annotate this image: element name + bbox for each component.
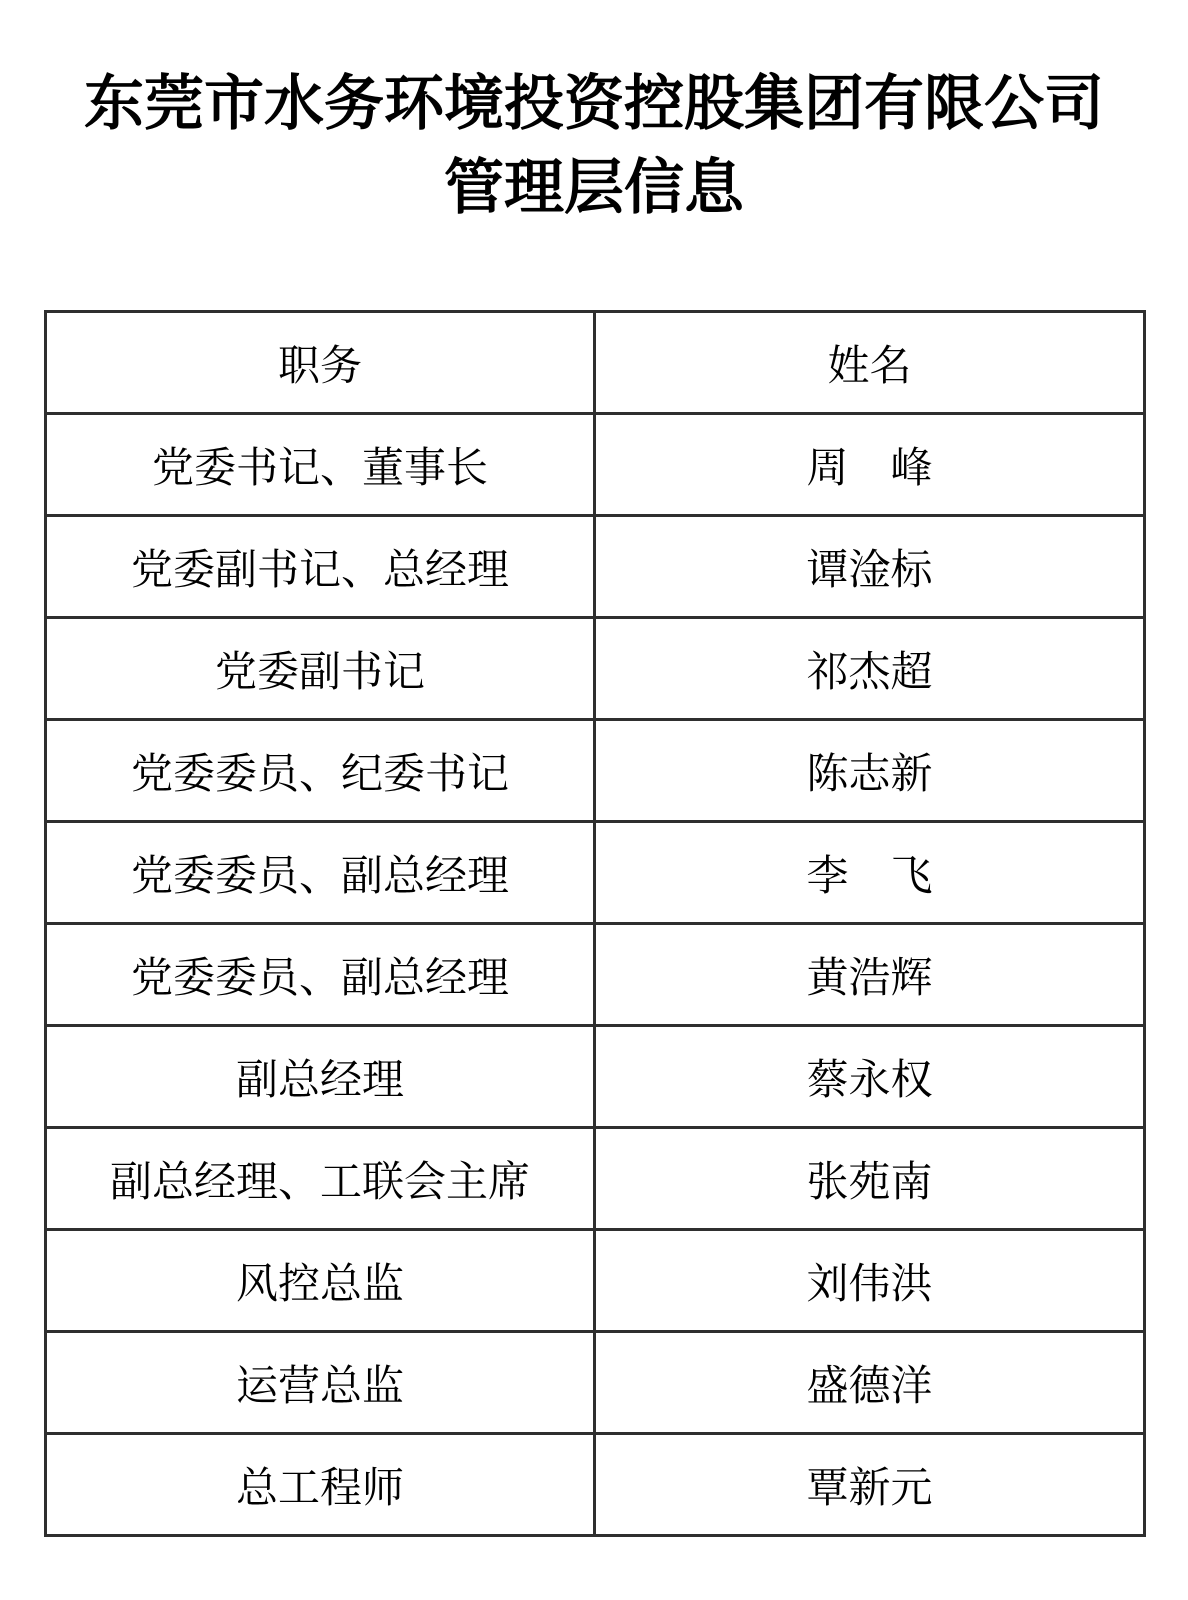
name-cell: 刘伟洪: [595, 1230, 1145, 1332]
table-row: 总工程师覃新元: [46, 1434, 1145, 1536]
column-header-name: 姓名: [595, 312, 1145, 414]
position-cell: 党委副书记: [46, 618, 595, 720]
position-cell: 党委副书记、总经理: [46, 516, 595, 618]
name-cell: 张苑南: [595, 1128, 1145, 1230]
name-cell: 李 飞: [595, 822, 1145, 924]
document-page: 东莞市水务环境投资控股集团有限公司 管理层信息 职务 姓名 党委书记、董事长周 …: [0, 0, 1188, 1600]
position-cell: 党委委员、副总经理: [46, 822, 595, 924]
name-cell: 陈志新: [595, 720, 1145, 822]
name-cell: 黄浩辉: [595, 924, 1145, 1026]
name-cell: 周 峰: [595, 414, 1145, 516]
table-row: 党委委员、副总经理黄浩辉: [46, 924, 1145, 1026]
name-cell: 祁杰超: [595, 618, 1145, 720]
position-cell: 党委书记、董事长: [46, 414, 595, 516]
page-title: 东莞市水务环境投资控股集团有限公司 管理层信息: [0, 0, 1188, 230]
column-header-position: 职务: [46, 312, 595, 414]
name-cell: 谭淦标: [595, 516, 1145, 618]
name-cell: 覃新元: [595, 1434, 1145, 1536]
position-cell: 党委委员、纪委书记: [46, 720, 595, 822]
management-table: 职务 姓名 党委书记、董事长周 峰党委副书记、总经理谭淦标党委副书记祁杰超党委委…: [44, 310, 1146, 1537]
position-cell: 总工程师: [46, 1434, 595, 1536]
name-cell: 盛德洋: [595, 1332, 1145, 1434]
page-title-line-2: 管理层信息: [444, 155, 744, 221]
position-cell: 副总经理、工联会主席: [46, 1128, 595, 1230]
table-row: 运营总监盛德洋: [46, 1332, 1145, 1434]
table-row: 党委副书记、总经理谭淦标: [46, 516, 1145, 618]
position-cell: 风控总监: [46, 1230, 595, 1332]
table-row: 党委书记、董事长周 峰: [46, 414, 1145, 516]
table-row: 风控总监刘伟洪: [46, 1230, 1145, 1332]
table-row: 副总经理蔡永权: [46, 1026, 1145, 1128]
table-body: 党委书记、董事长周 峰党委副书记、总经理谭淦标党委副书记祁杰超党委委员、纪委书记…: [46, 414, 1145, 1536]
position-cell: 副总经理: [46, 1026, 595, 1128]
table-row: 党委委员、纪委书记陈志新: [46, 720, 1145, 822]
table-row: 党委副书记祁杰超: [46, 618, 1145, 720]
position-cell: 党委委员、副总经理: [46, 924, 595, 1026]
position-cell: 运营总监: [46, 1332, 595, 1434]
table-header-row: 职务 姓名: [46, 312, 1145, 414]
name-cell: 蔡永权: [595, 1026, 1145, 1128]
page-title-line-1: 东莞市水务环境投资控股集团有限公司: [84, 71, 1104, 137]
table-row: 党委委员、副总经理李 飞: [46, 822, 1145, 924]
table-row: 副总经理、工联会主席张苑南: [46, 1128, 1145, 1230]
